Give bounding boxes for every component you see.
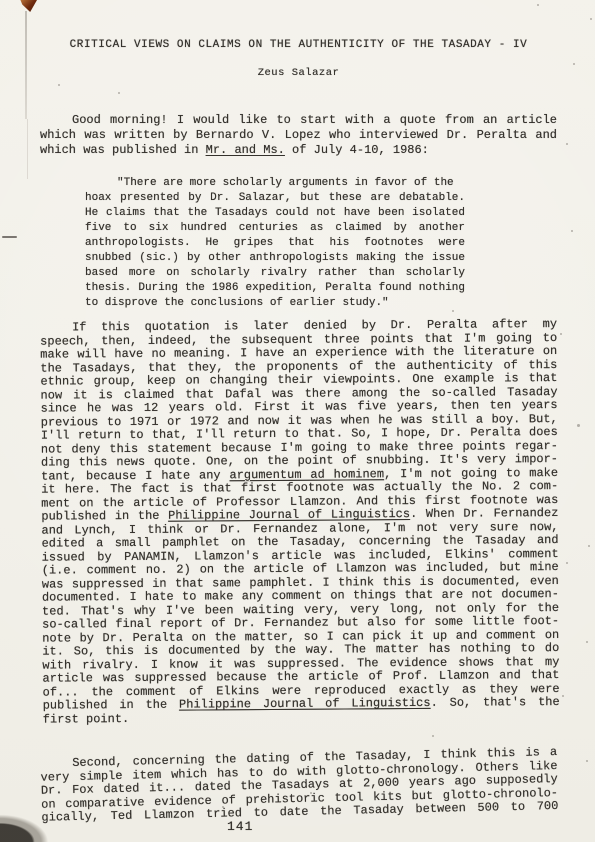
text-line: first point.	[43, 709, 560, 726]
text-line: He claims that the Tasadays could not ha…	[85, 206, 465, 221]
document-author: Zeus Salazar	[40, 67, 557, 79]
text-line: based more on scholarly rivalry rather t…	[85, 266, 465, 281]
scanned-page: CRITICAL VIEWS ON CLAIMS ON THE AUTHENTI…	[0, 0, 595, 842]
second-point-paragraph: Second, concerning the dating of the Tas…	[40, 746, 558, 825]
text-segment: snubbed (sic.) by other anthropologists …	[85, 252, 465, 264]
text-segment: which was published in	[40, 143, 206, 157]
document-content: CRITICAL VIEWS ON CLAIMS ON THE AUTHENTI…	[0, 0, 595, 842]
text-segment: published in the	[43, 698, 179, 713]
text-segment: of July 4-10, 1986:	[285, 143, 429, 157]
text-line: five to six hundred centuries as claimed…	[85, 221, 465, 236]
intro-paragraph: Good morning! I would like to start with…	[40, 113, 557, 158]
underlined-text: Mr. and Ms.	[206, 143, 285, 157]
text-line: which was published in Mr. and Ms. of Ju…	[40, 143, 557, 158]
text-line: thesis. During the 1986 expedition, Pera…	[85, 281, 465, 296]
page-number: 141	[227, 819, 253, 834]
text-line: snubbed (sic.) by other anthropologists …	[85, 251, 465, 266]
text-segment: first point.	[43, 711, 130, 726]
text-segment: to disprove the conclusions of earlier s…	[85, 297, 389, 309]
main-paragraph: If this quotation is later denied by Dr.…	[40, 318, 560, 727]
text-segment: based more on scholarly rivalry rather t…	[85, 267, 465, 279]
text-segment: Good morning! I would like to start with…	[72, 113, 557, 127]
text-line: to disprove the conclusions of earlier s…	[85, 296, 465, 311]
document-title: CRITICAL VIEWS ON CLAIMS ON THE AUTHENTI…	[40, 39, 557, 51]
text-line: hoax presented by Dr. Salazar, but these…	[85, 191, 465, 206]
text-segment: which was written by Bernardo V. Lopez w…	[40, 128, 557, 142]
text-line: which was written by Bernardo V. Lopez w…	[40, 128, 557, 143]
text-segment: anthropologists. He gripes that his foot…	[85, 237, 465, 249]
block-quote: "There are more scholarly arguments in f…	[85, 176, 465, 311]
text-segment: . So, that's the	[431, 695, 560, 710]
text-segment: five to six hundred centuries as claimed…	[85, 222, 465, 234]
text-segment: hoax presented by Dr. Salazar, but these…	[85, 192, 465, 204]
text-segment: He claims that the Tasadays could not ha…	[85, 207, 465, 219]
text-segment: thesis. During the 1986 expedition, Pera…	[85, 282, 465, 294]
text-line: Good morning! I would like to start with…	[40, 113, 557, 128]
text-segment: "There are more scholarly arguments in f…	[117, 177, 454, 189]
text-line: "There are more scholarly arguments in f…	[85, 176, 465, 191]
underlined-text: Philippine Journal of Linguistics	[179, 696, 431, 712]
text-line: anthropologists. He gripes that his foot…	[85, 236, 465, 251]
